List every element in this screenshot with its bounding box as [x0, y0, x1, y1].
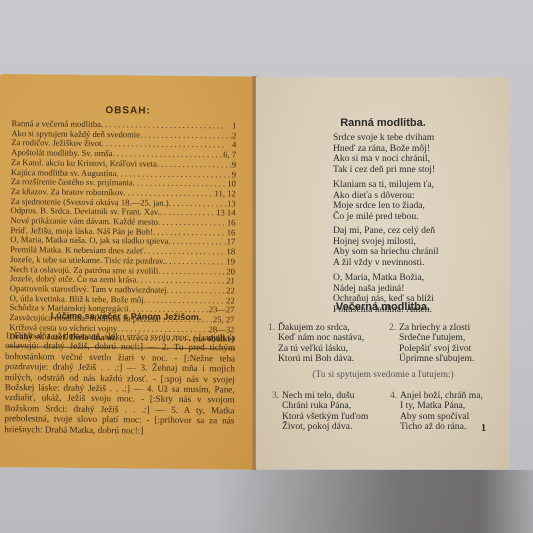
page-number: 1 — [481, 423, 486, 434]
verse: 1.Ďakujem zo srdca, Keď nám noc nastáva,… — [268, 323, 364, 365]
toc-title: OBSAH: — [0, 104, 257, 118]
evening-prayer-title: Večerná modlitba. — [256, 301, 510, 313]
evening-note: (Tu si spytujem svedomie a ľutujem:) — [256, 370, 510, 380]
left-page-contents: OBSAH: Ranná a večerná modlitba1 Ako si … — [0, 74, 257, 470]
verse: 3.Nech mi telo, dušu Chráni ruka Pána, K… — [272, 391, 368, 433]
right-page-prayers: Ranná modlitba. Srdce svoje k tebe dvíha… — [256, 77, 510, 469]
verse: 4.Anjel boží, chráň ma, I ty, Matka Pána… — [390, 391, 483, 433]
stanza: Srdce svoje k tebe dvíham Hneď za rána, … — [333, 133, 435, 175]
section-text: 1. Dielo dňa už dokonané, slnko stráca s… — [4, 330, 235, 436]
stanza: Daj mi, Pane, cez celý deň Hojnej svojej… — [333, 226, 439, 268]
verse: 2.Za hriechy a zlosti Srdečne ľutujem, P… — [389, 323, 474, 365]
table-shadow — [0, 470, 533, 533]
stanza: Klaniam sa ti, milujem ťa, Ako dieťa s d… — [333, 180, 434, 222]
morning-prayer-title: Ranná modlitba. — [256, 117, 510, 129]
